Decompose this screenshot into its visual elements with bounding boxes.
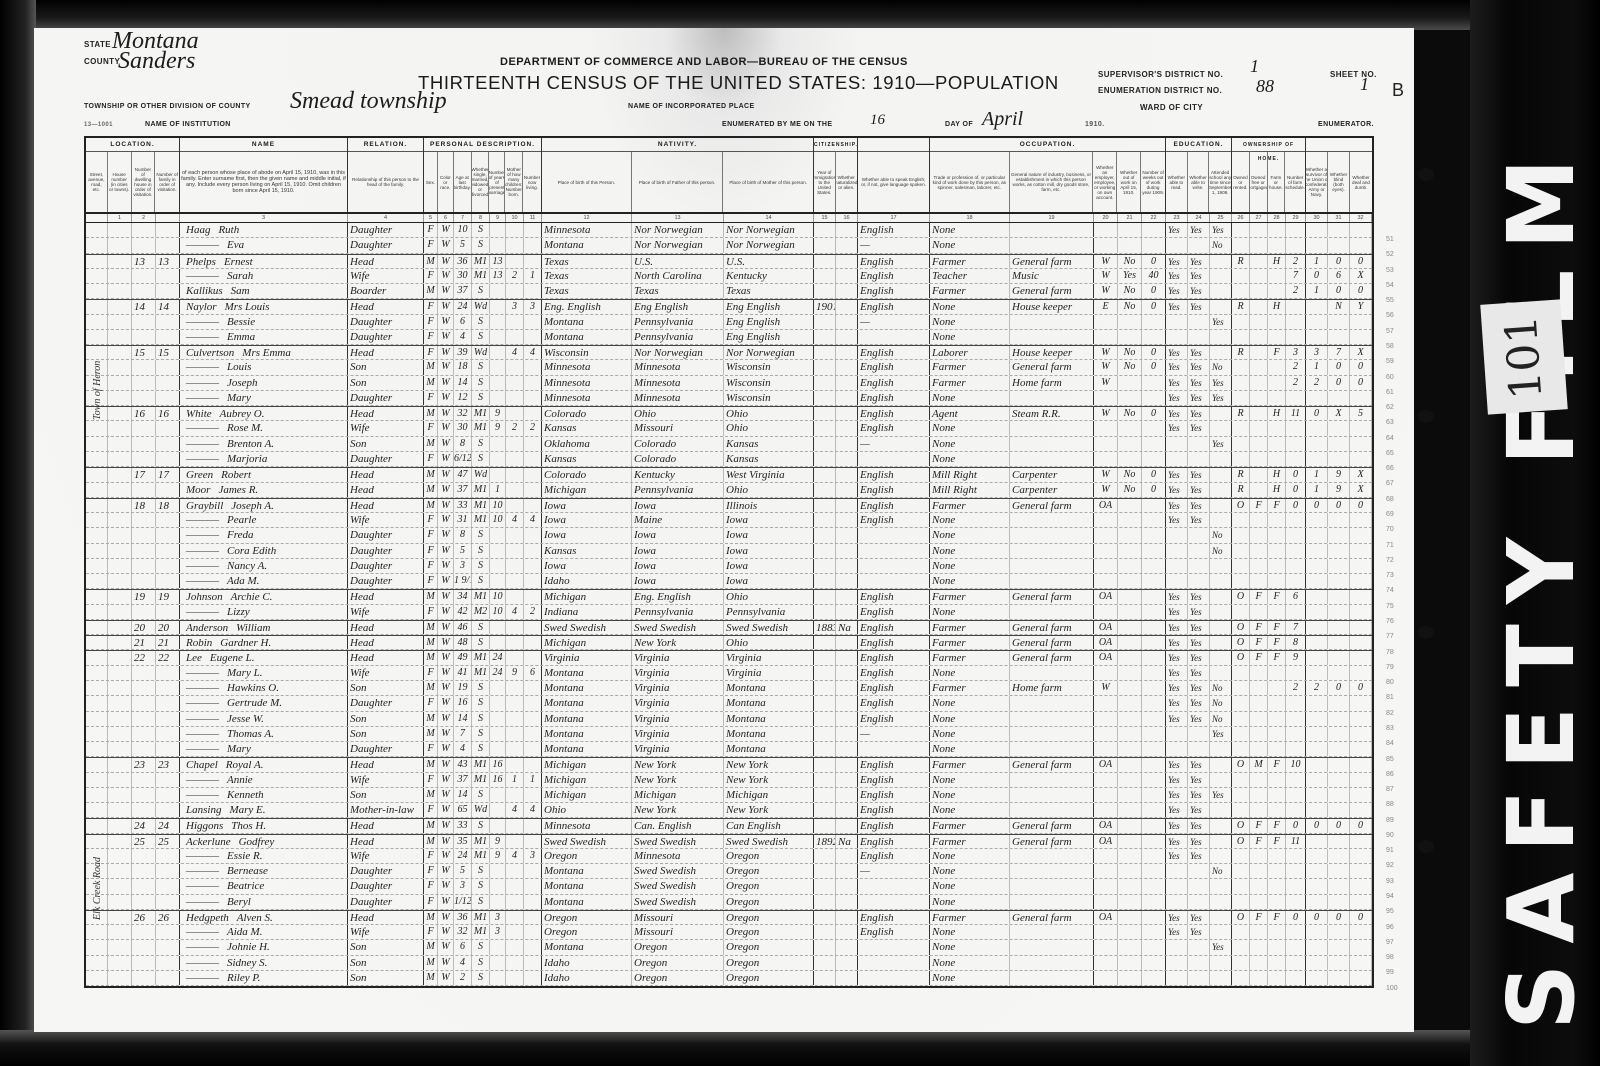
cell-living: [524, 559, 542, 573]
cell-age: 30: [454, 269, 472, 283]
cell-born: [506, 696, 524, 710]
cell-farm: [1268, 712, 1286, 726]
cell-c31: [1328, 879, 1350, 893]
cell-yrs: [490, 696, 506, 710]
surname: Culvertson: [186, 347, 234, 359]
cell-fpob: Pennsylvania: [632, 330, 724, 344]
surname: ———: [186, 560, 219, 572]
cell-trade: Farmer: [930, 284, 1010, 298]
cell-empty: [86, 819, 108, 832]
cell-rel: Head: [348, 758, 424, 771]
cell-c31: 9: [1328, 468, 1350, 481]
cell-yrs: [490, 712, 506, 726]
cell-out: [1118, 925, 1142, 939]
cell-c30: [1306, 803, 1328, 817]
cell-ms: S: [472, 437, 490, 451]
cell-race: W: [438, 315, 454, 329]
cell-age: 14: [454, 712, 472, 726]
cell-c32: [1350, 636, 1372, 649]
cell-name: ———Mary: [180, 391, 348, 405]
cell-rel: Head: [348, 255, 424, 268]
cell-nat: [836, 788, 858, 802]
cell-sex: M: [424, 819, 438, 832]
enumerated-day: 16: [870, 112, 885, 129]
cell-trade: None: [930, 956, 1010, 970]
cell-trade: Agent: [930, 407, 1010, 420]
cell-c32: [1350, 758, 1372, 771]
cell-age: 12: [454, 391, 472, 405]
cell-age: 43: [454, 758, 472, 771]
cell-rel: Son: [348, 360, 424, 374]
cell-farm: [1268, 773, 1286, 787]
cell-born: 3: [506, 300, 524, 313]
cell-yrs: [490, 895, 506, 909]
line-number: 95: [1386, 908, 1394, 915]
line-number: 79: [1386, 664, 1394, 671]
cell-imm: 1883: [814, 621, 836, 634]
cell-c32: [1350, 590, 1372, 603]
cell-empty: [86, 971, 108, 985]
cell-write: [1188, 437, 1210, 451]
cell-c30: [1306, 391, 1328, 405]
cell-age: 18: [454, 360, 472, 374]
cell-fam: [156, 681, 180, 695]
surname: ———: [186, 941, 219, 953]
given-name: Sam: [231, 285, 250, 297]
cell-school: [1210, 513, 1232, 527]
cell-empty: [86, 712, 108, 726]
cell-lang: English: [858, 651, 930, 664]
cell-school: Yes: [1210, 223, 1232, 237]
cell-wks: [1142, 895, 1166, 909]
cell-name: ———Bessie: [180, 315, 348, 329]
cell-write: Yes: [1188, 468, 1210, 481]
cell-yrs: [490, 742, 506, 756]
cell-empty: [108, 742, 132, 756]
cell-empty: [108, 803, 132, 817]
cell-ms: S: [472, 544, 490, 558]
cell-age: 33: [454, 819, 472, 832]
cell-imm: [814, 315, 836, 329]
column-number: [156, 214, 180, 222]
cell-write: [1188, 452, 1210, 466]
cell-trade: None: [930, 773, 1010, 787]
cell-mpob: Can English: [724, 819, 814, 832]
table-row: HaagRuthDaughterFW10SMinnesotaNor Norweg…: [86, 223, 1372, 238]
cell-empty: [108, 407, 132, 420]
cell-age: 2: [454, 971, 472, 985]
cell-ms: S: [472, 559, 490, 573]
cell-rel: Son: [348, 712, 424, 726]
cell-empty: [108, 773, 132, 787]
column-number: 1: [108, 214, 132, 222]
cell-ms: M1: [472, 421, 490, 435]
cell-fpob: Pennsylvania: [632, 315, 724, 329]
cell-sched: [1286, 925, 1306, 939]
cell-wks: [1142, 956, 1166, 970]
given-name: Ada M.: [227, 575, 259, 587]
surname: ———: [186, 377, 219, 389]
cell-mpob: Oregon: [724, 940, 814, 954]
cell-living: [524, 895, 542, 909]
cell-sex: M: [424, 835, 438, 848]
cell-trade: None: [930, 879, 1010, 893]
cell-c31: [1328, 513, 1350, 527]
cell-sched: 2: [1286, 255, 1306, 268]
cell-age: 7: [454, 727, 472, 741]
cell-c32: 0: [1350, 819, 1372, 832]
cell-fam: [156, 360, 180, 374]
cell-c31: [1328, 544, 1350, 558]
cell-rel: Son: [348, 788, 424, 802]
cell-nat: [836, 911, 858, 924]
cell-fpob: Oregon: [632, 956, 724, 970]
cell-nat: [836, 499, 858, 512]
cell-empty: [86, 346, 108, 359]
cell-name: ———Gertrude M.: [180, 696, 348, 710]
cell-rel: Son: [348, 956, 424, 970]
cell-imm: [814, 284, 836, 298]
cell-living: [524, 651, 542, 664]
cell-race: W: [438, 925, 454, 939]
surname: ———: [186, 239, 219, 251]
cell-c31: [1328, 559, 1350, 573]
cell-out: [1118, 727, 1142, 741]
cell-out: [1118, 421, 1142, 435]
cell-wks: [1142, 773, 1166, 787]
cell-fpob: Virginia: [632, 742, 724, 756]
cell-born: [506, 284, 524, 298]
cell-born: [506, 636, 524, 649]
cell-pob: Oregon: [542, 925, 632, 939]
cell-own: [1232, 666, 1250, 680]
given-name: Mrs Emma: [242, 347, 291, 359]
given-name: Godfrey: [239, 836, 275, 848]
cell-age: 3: [454, 559, 472, 573]
cell-emp: [1094, 452, 1118, 466]
cell-race: W: [438, 835, 454, 848]
surname: Chapel: [186, 759, 218, 771]
cell-c30: 0: [1306, 269, 1328, 283]
cell-yrs: [490, 544, 506, 558]
cell-read: Yes: [1166, 712, 1188, 726]
cell-wks: [1142, 621, 1166, 634]
cell-race: W: [438, 590, 454, 603]
cell-imm: [814, 712, 836, 726]
cell-race: W: [438, 528, 454, 542]
cell-own: O: [1232, 590, 1250, 603]
cell-fam: [156, 559, 180, 573]
cell-fam: [156, 940, 180, 954]
cell-school: No: [1210, 712, 1232, 726]
cell-sex: M: [424, 621, 438, 634]
cell-fam: 23: [156, 758, 180, 771]
cell-rel: Head: [348, 499, 424, 512]
cell-sched: 2: [1286, 376, 1306, 390]
line-number: 89: [1386, 817, 1394, 824]
cell-industry: [1010, 849, 1094, 863]
cell-c32: [1350, 879, 1372, 893]
cell-race: W: [438, 421, 454, 435]
cell-farm: [1268, 574, 1286, 588]
cell-lang: English: [858, 636, 930, 649]
cell-empty: [86, 528, 108, 542]
cell-race: W: [438, 666, 454, 680]
cell-ms: M1: [472, 255, 490, 268]
column-number: 32: [1350, 214, 1372, 222]
surname: ———: [186, 606, 219, 618]
cell-race: W: [438, 468, 454, 481]
given-name: James R.: [218, 484, 258, 496]
cell-born: 2: [506, 421, 524, 435]
cell-ms: M1: [472, 269, 490, 283]
line-number: 85: [1386, 756, 1394, 763]
cell-sched: [1286, 940, 1306, 954]
cell-name: ———Mary: [180, 742, 348, 756]
given-name: Mary L.: [227, 667, 262, 679]
cell-age: 48: [454, 636, 472, 649]
cell-lang: English: [858, 300, 930, 313]
cell-mort: [1250, 574, 1268, 588]
cell-fpob: Virginia: [632, 666, 724, 680]
cell-write: Yes: [1188, 835, 1210, 848]
header-group-other: Whether a survivor of the Union or Confe…: [1306, 138, 1372, 212]
cell-fpob: Nor Norwegian: [632, 223, 724, 237]
table-row: ———Jesse W.SonMW14SMontanaVirginiaMontan…: [86, 712, 1372, 727]
cell-wks: 0: [1142, 346, 1166, 359]
cell-age: 19: [454, 681, 472, 695]
surname: ———: [186, 270, 219, 282]
cell-c31: [1328, 742, 1350, 756]
cell-living: [524, 330, 542, 344]
line-number: 70: [1386, 526, 1394, 533]
cell-rel: Daughter: [348, 315, 424, 329]
cell-empty: [108, 621, 132, 634]
cell-born: [506, 499, 524, 512]
cell-empty: [108, 849, 132, 863]
cell-race: W: [438, 879, 454, 893]
column-number: 25: [1210, 214, 1232, 222]
cell-c32: [1350, 696, 1372, 710]
cell-sched: [1286, 437, 1306, 451]
given-name: Annie: [227, 774, 253, 786]
cell-rel: Son: [348, 376, 424, 390]
cell-c31: [1328, 574, 1350, 588]
cell-c30: 1: [1306, 284, 1328, 298]
cell-ms: S: [472, 452, 490, 466]
cell-mort: [1250, 407, 1268, 420]
cell-dw: [132, 437, 156, 451]
cell-mpob: Pennsylvania: [724, 605, 814, 619]
cell-industry: [1010, 544, 1094, 558]
cell-sched: [1286, 315, 1306, 329]
cell-fpob: Eng. English: [632, 590, 724, 603]
cell-farm: [1268, 223, 1286, 237]
cell-pob: Montana: [542, 864, 632, 878]
surname: ———: [186, 743, 219, 755]
cell-c30: [1306, 940, 1328, 954]
given-name: Archie C.: [231, 591, 273, 603]
cell-empty: [108, 666, 132, 680]
cell-farm: [1268, 803, 1286, 817]
cell-rel: Head: [348, 468, 424, 481]
cell-yrs: [490, 468, 506, 481]
cell-sched: [1286, 696, 1306, 710]
cell-mort: F: [1250, 819, 1268, 832]
cell-empty: [86, 940, 108, 954]
given-name: Jesse W.: [227, 713, 264, 725]
cell-pob: Swed Swedish: [542, 621, 632, 634]
cell-empty: [108, 971, 132, 985]
cell-c30: 0: [1306, 819, 1328, 832]
cell-imm: [814, 468, 836, 481]
cell-write: Yes: [1188, 925, 1210, 939]
cell-fam: 13: [156, 255, 180, 268]
cell-sched: [1286, 452, 1306, 466]
surname: ———: [186, 774, 219, 786]
surname: Moor: [186, 484, 210, 496]
cell-pob: Michigan: [542, 773, 632, 787]
cell-imm: [814, 605, 836, 619]
cell-school: Yes: [1210, 788, 1232, 802]
given-name: Robert: [221, 469, 251, 481]
cell-lang: [858, 879, 930, 893]
cell-born: [506, 559, 524, 573]
cell-out: [1118, 879, 1142, 893]
cell-farm: [1268, 940, 1286, 954]
cell-dw: 24: [132, 819, 156, 832]
cell-empty: [108, 452, 132, 466]
cell-read: [1166, 971, 1188, 985]
cell-trade: Mill Right: [930, 483, 1010, 497]
cell-c31: 6: [1328, 269, 1350, 283]
cell-race: W: [438, 452, 454, 466]
table-row: 2525AckerluneGodfreyHeadMW35M19Swed Swed…: [86, 834, 1372, 849]
cell-sex: F: [424, 925, 438, 939]
cell-mpob: Iowa: [724, 528, 814, 542]
cell-dw: [132, 330, 156, 344]
cell-c31: [1328, 315, 1350, 329]
cell-name: JohnsonArchie C.: [180, 590, 348, 603]
cell-farm: [1268, 605, 1286, 619]
cell-c32: [1350, 773, 1372, 787]
cell-mpob: Wisconsin: [724, 376, 814, 390]
surname: ———: [186, 926, 219, 938]
cell-own: R: [1232, 483, 1250, 497]
table-row: ———MarjoriaDaughterFW6/12SKansasColorado…: [86, 452, 1372, 467]
line-number: 82: [1386, 710, 1394, 717]
cell-yrs: [490, 391, 506, 405]
cell-read: Yes: [1166, 284, 1188, 298]
cell-pob: Montana: [542, 666, 632, 680]
cell-rel: Son: [348, 437, 424, 451]
cell-read: Yes: [1166, 819, 1188, 832]
cell-emp: W: [1094, 483, 1118, 497]
surname: ———: [186, 422, 219, 434]
cell-read: Yes: [1166, 835, 1188, 848]
cell-school: [1210, 621, 1232, 634]
cell-emp: OA: [1094, 499, 1118, 512]
cell-imm: [814, 544, 836, 558]
surname: ———: [186, 529, 219, 541]
cell-out: [1118, 956, 1142, 970]
cell-dw: [132, 238, 156, 252]
cell-empty: [108, 895, 132, 909]
cell-c32: 0: [1350, 911, 1372, 924]
cell-dw: [132, 483, 156, 497]
cell-ms: S: [472, 376, 490, 390]
cell-mort: [1250, 391, 1268, 405]
cell-sched: 10: [1286, 758, 1306, 771]
cell-emp: W: [1094, 360, 1118, 374]
cell-emp: [1094, 605, 1118, 619]
cell-write: [1188, 864, 1210, 878]
cell-farm: F: [1268, 835, 1286, 848]
column-headers: LOCATION. Street, avenue, road, etc. Hou…: [86, 138, 1372, 214]
cell-empty: [86, 956, 108, 970]
cell-fam: [156, 452, 180, 466]
cell-farm: [1268, 330, 1286, 344]
cell-trade: Farmer: [930, 360, 1010, 374]
cell-emp: [1094, 971, 1118, 985]
cell-c30: [1306, 590, 1328, 603]
cell-pob: Ohio: [542, 803, 632, 817]
cell-dw: [132, 284, 156, 298]
cell-name: ———Nancy A.: [180, 559, 348, 573]
cell-pob: Idaho: [542, 574, 632, 588]
cell-school: [1210, 895, 1232, 909]
cell-own: [1232, 437, 1250, 451]
cell-mort: [1250, 940, 1268, 954]
cell-mort: F: [1250, 590, 1268, 603]
cell-sex: F: [424, 330, 438, 344]
cell-empty: [108, 391, 132, 405]
cell-school: No: [1210, 238, 1232, 252]
cell-pob: Montana: [542, 742, 632, 756]
cell-race: W: [438, 971, 454, 985]
cell-lang: English: [858, 590, 930, 603]
cell-mpob: Eng English: [724, 330, 814, 344]
cell-race: W: [438, 940, 454, 954]
cell-race: W: [438, 300, 454, 313]
cell-own: [1232, 605, 1250, 619]
cell-trade: Farmer: [930, 758, 1010, 771]
cell-nat: [836, 376, 858, 390]
cell-rel: Head: [348, 483, 424, 497]
cell-read: Yes: [1166, 391, 1188, 405]
cell-mort: [1250, 284, 1268, 298]
cell-age: 6: [454, 315, 472, 329]
cell-age: 16: [454, 696, 472, 710]
cell-ms: S: [472, 574, 490, 588]
cell-empty: [86, 605, 108, 619]
cell-name: CulvertsonMrs Emma: [180, 346, 348, 359]
surname: Ackerlune: [186, 836, 231, 848]
cell-mort: [1250, 925, 1268, 939]
cell-school: Yes: [1210, 940, 1232, 954]
cell-age: 30: [454, 421, 472, 435]
film-border-left: [0, 0, 36, 1066]
sheet-side: B: [1392, 80, 1404, 101]
cell-c30: [1306, 727, 1328, 741]
cell-wks: [1142, 788, 1166, 802]
cell-ms: S: [472, 712, 490, 726]
cell-pob: Minnesota: [542, 391, 632, 405]
cell-c31: [1328, 330, 1350, 344]
cell-born: 4: [506, 605, 524, 619]
state-label: STATE: [84, 40, 111, 49]
cell-c31: [1328, 940, 1350, 954]
